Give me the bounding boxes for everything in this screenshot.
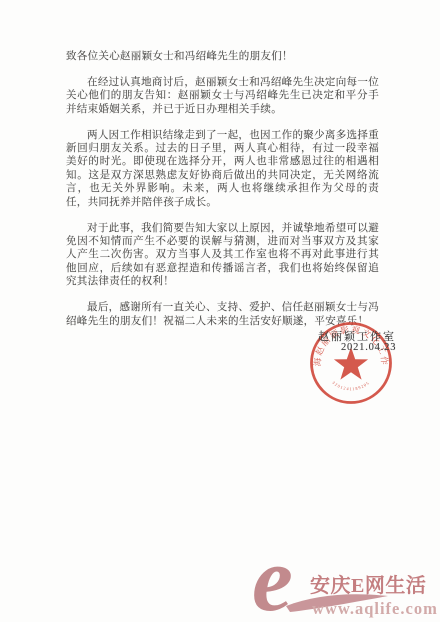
scanned-letter-page: 致各位关心赵丽颖女士和冯绍峰先生的朋友们！ 在经过认真地商讨后，赵丽颖女士和冯绍… [0, 0, 440, 622]
letter-paragraph: 在经过认真地商讨后，赵丽颖女士和冯绍峰先生决定向每一位关心他们的朋友告知：赵丽颖… [66, 76, 379, 116]
stamp-serial-number: 3201241189205 [331, 380, 370, 391]
signature-date: 2021.04.23 [341, 342, 396, 353]
letter-paragraph: 两人因工作相识结缘走到了一起，也因工作的聚少离多选择重新回归朋友关系。过去的日子… [66, 129, 379, 209]
stamp-serial-container: 3201241189205 [331, 380, 370, 391]
letter-body: 致各位关心赵丽颖女士和冯绍峰先生的朋友们！ 在经过认真地商讨后，赵丽颖女士和冯绍… [66, 50, 379, 340]
site-watermark: e 安庆E网生活 www.aqlife.com [252, 553, 440, 622]
watermark-site-name: 安庆E网生活 [310, 573, 426, 597]
company-seal-stamp: 上海赵丽颖影视文化工作室 3201241189205 [291, 303, 411, 423]
letter-paragraph: 对于此事，我们简要告知大家以上原因，并诚挚地希望可以避免因不知情而产生不必要的误… [66, 222, 379, 289]
letter-salutation: 致各位关心赵丽颖女士和冯绍峰先生的朋友们！ [66, 50, 379, 63]
watermark-e-logo-icon: e [252, 553, 293, 622]
watermark-url: www.aqlife.com [312, 599, 438, 618]
